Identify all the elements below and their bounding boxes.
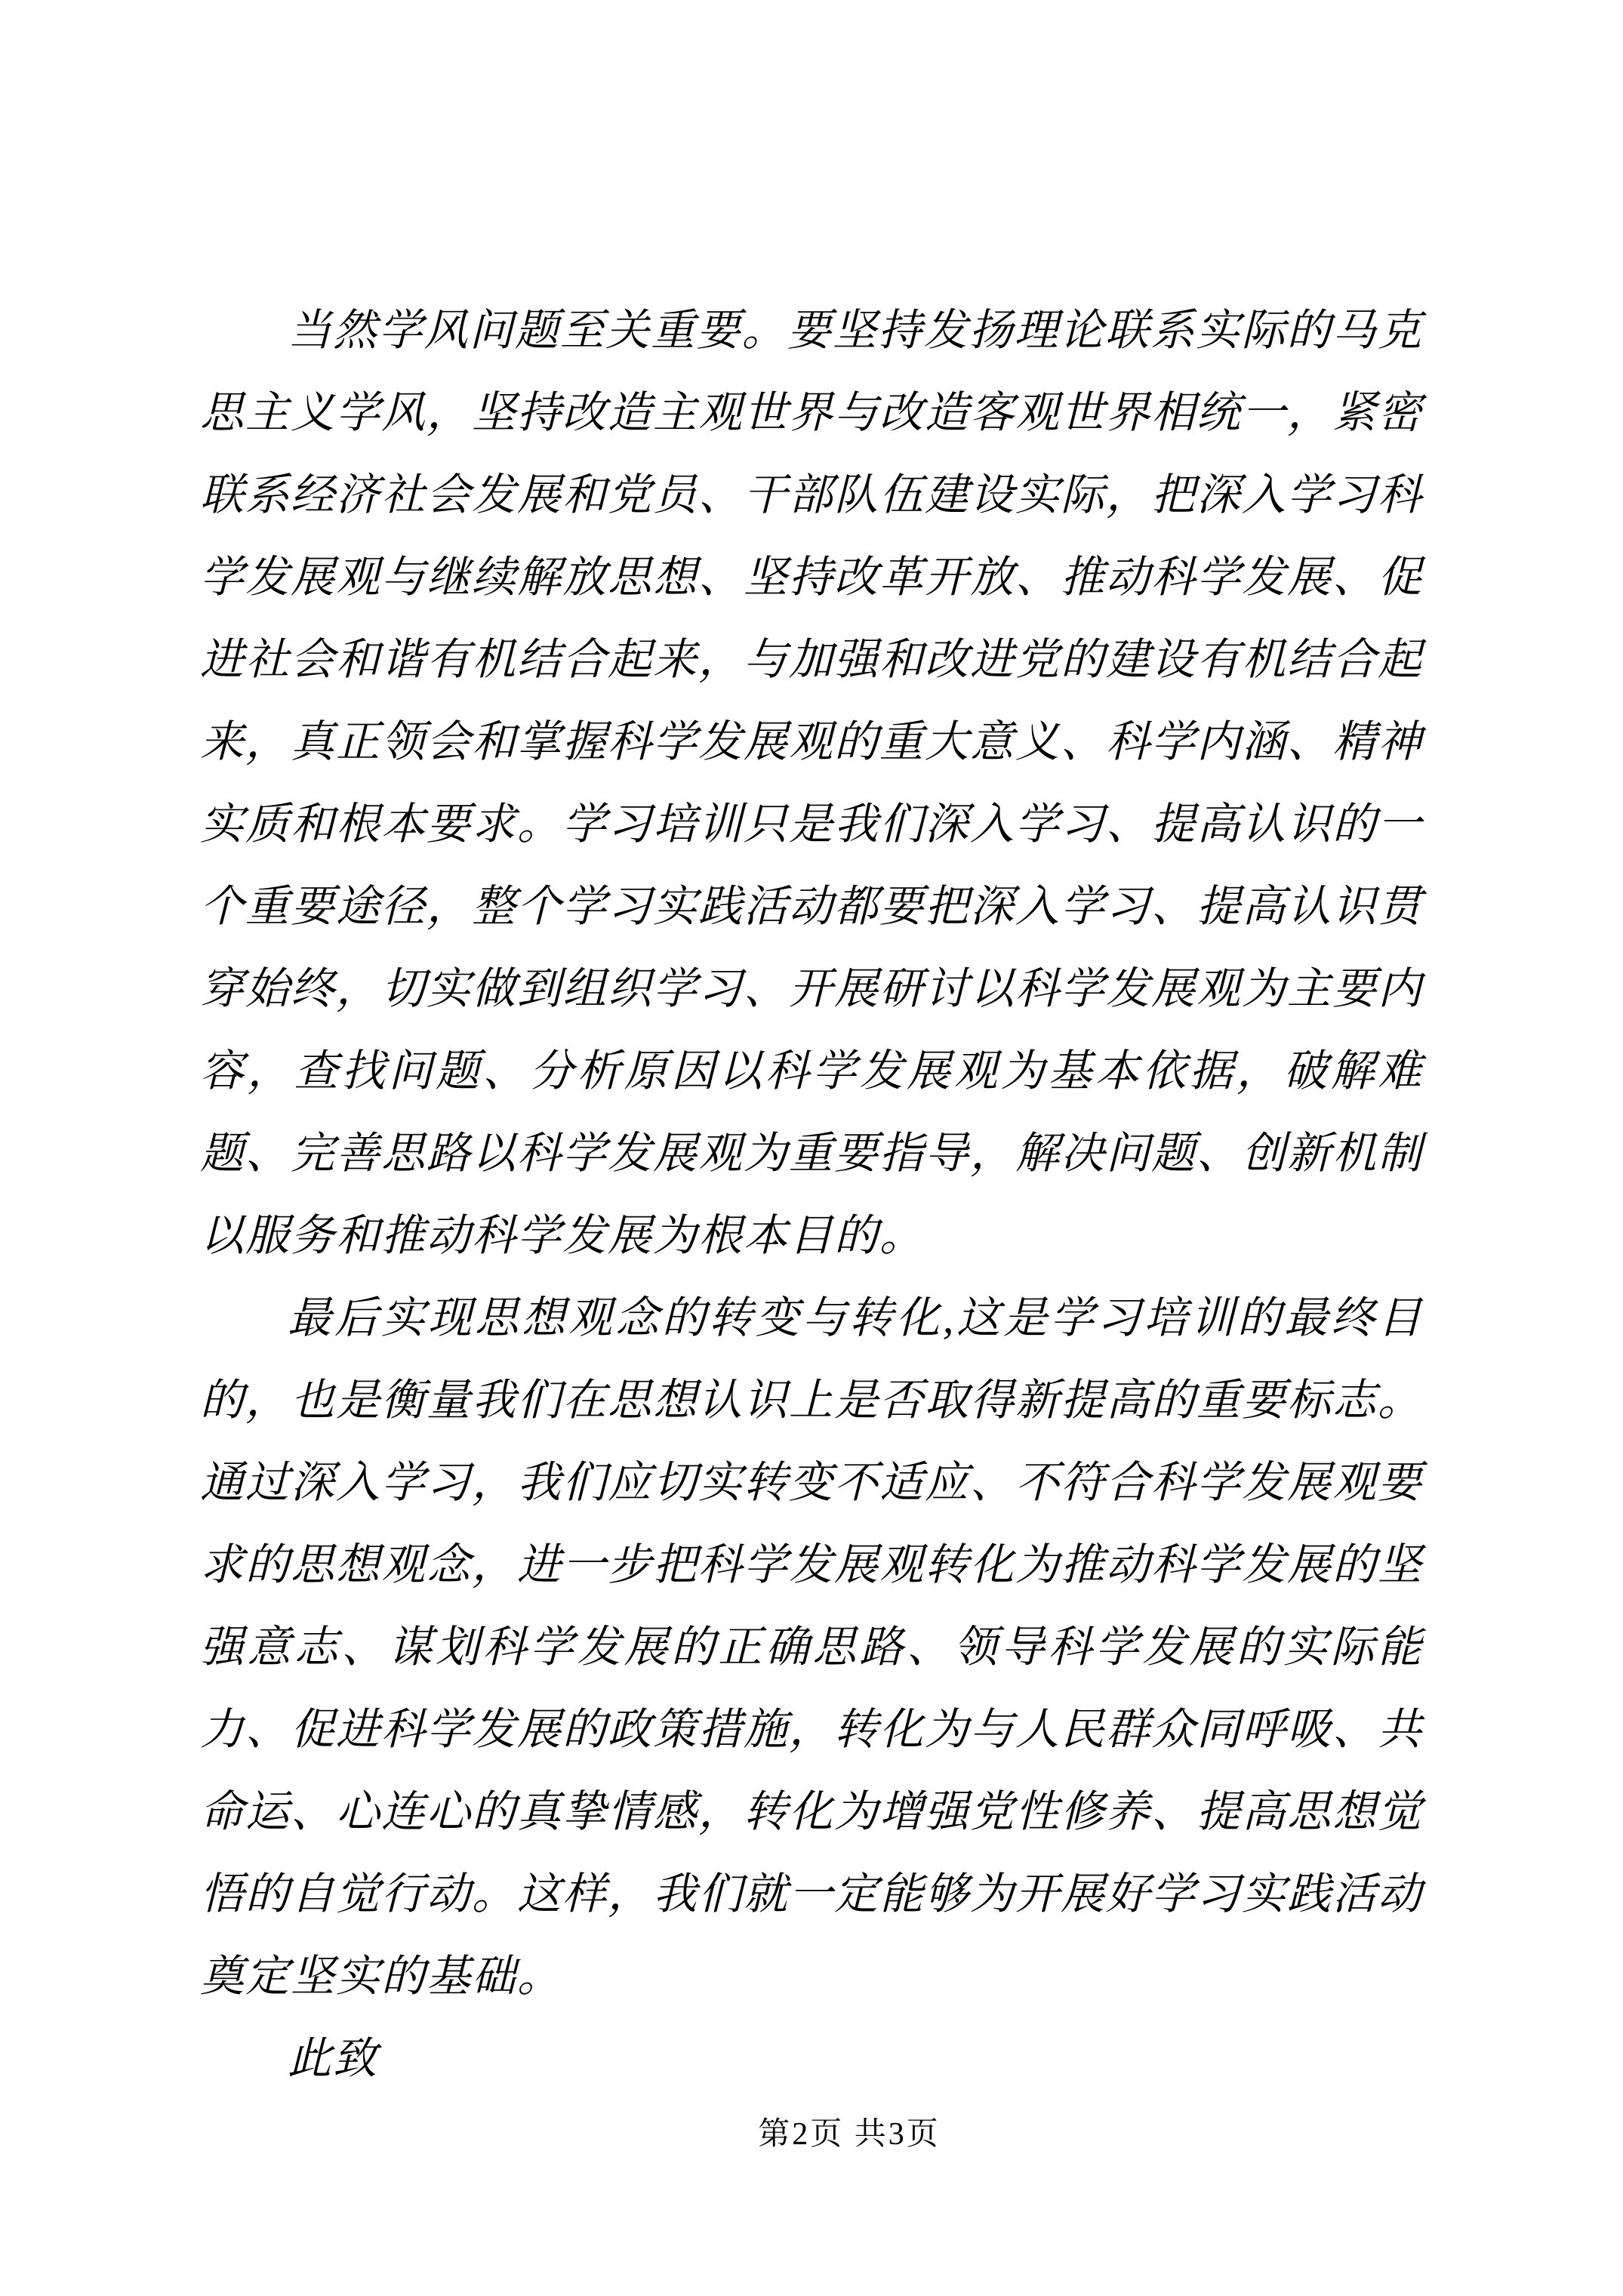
- paragraph-closing-salute: 此致: [200, 2017, 1423, 2100]
- document-body: 当然学风问题至关重要。要坚持发扬理论联系实际的马克思主义学风，坚持改造主观世界与…: [200, 289, 1423, 2100]
- paragraph-ideology-transform: 最后实现思想观念的转变与转化,这是学习培训的最终目的，也是衡量我们在思想认识上是…: [200, 1277, 1423, 2017]
- document-page: 当然学风问题至关重要。要坚持发扬理论联系实际的马克思主义学风，坚持改造主观世界与…: [0, 0, 1623, 2296]
- page-footer: 第2页 共3页: [0, 2116, 1623, 2153]
- paragraph-study-style: 当然学风问题至关重要。要坚持发扬理论联系实际的马克思主义学风，坚持改造主观世界与…: [200, 289, 1423, 1277]
